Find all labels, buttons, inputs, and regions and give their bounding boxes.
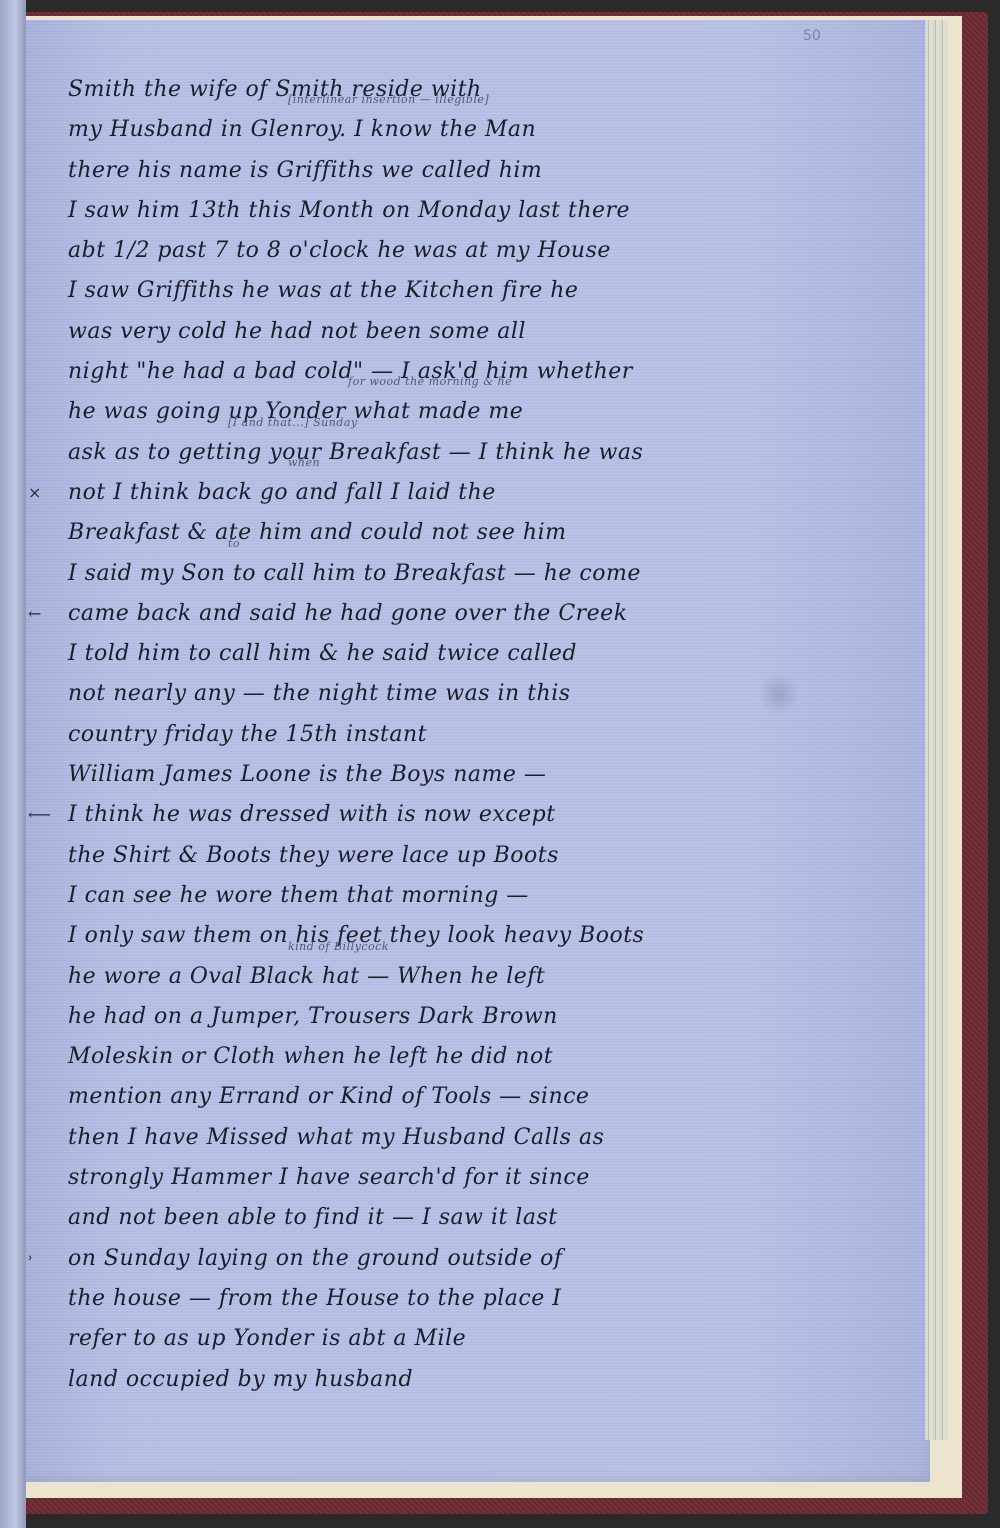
line-text: Moleskin or Cloth when he left he did no… (68, 1037, 553, 1077)
line-text: land occupied by my husband (68, 1360, 413, 1400)
line-text: mention any Errand or Kind of Tools — si… (68, 1077, 589, 1117)
line-text: I told him to call him & he said twice c… (68, 634, 577, 674)
line-text: not nearly any — the night time was in t… (68, 674, 571, 714)
line-text: he had on a Jumper, Trousers Dark Brown (68, 997, 558, 1037)
line-text: strongly Hammer I have search'd for it s… (68, 1158, 590, 1198)
manuscript-line: abt 1/2 past 7 to 8 o'clock he was at my… (28, 231, 928, 271)
manuscript-line: toI said my Son to call him to Breakfast… (28, 554, 928, 594)
line-text: came back and said he had gone over the … (68, 594, 628, 634)
facing-page-gutter (0, 0, 26, 1528)
manuscript-line: refer to as up Yonder is abt a Mile (28, 1319, 928, 1359)
margin-mark: × (28, 473, 42, 513)
manuscript-line: country friday the 15th instant (28, 715, 928, 755)
line-text: William James Loone is the Boys name — (68, 755, 546, 795)
manuscript-line: he had on a Jumper, Trousers Dark Brown (28, 997, 928, 1037)
line-text: I think he was dressed with is now excep… (68, 795, 556, 835)
manuscript-line: [interlinear insertion — illegible]my Hu… (28, 110, 928, 150)
manuscript-line: I told him to call him & he said twice c… (28, 634, 928, 674)
manuscript-line: for wood the morning & hehe was going up… (28, 392, 928, 432)
manuscript-line: strongly Hammer I have search'd for it s… (28, 1158, 928, 1198)
interlinear-insertion: [I and that...] Sunday (228, 416, 358, 430)
line-text: was very cold he had not been some all (68, 312, 526, 352)
manuscript-line: mention any Errand or Kind of Tools — si… (28, 1077, 928, 1117)
line-text: I saw Griffiths he was at the Kitchen fi… (68, 271, 578, 311)
line-text: on Sunday laying on the ground outside o… (68, 1239, 563, 1279)
line-text: my Husband in Glenroy. I know the Man (68, 110, 536, 150)
interlinear-insertion: for wood the morning & he (348, 375, 512, 389)
manuscript-line: William James Loone is the Boys name — (28, 755, 928, 795)
line-text: he wore a Oval Black hat — When he left (68, 957, 545, 997)
interlinear-insertion: to (228, 537, 240, 551)
margin-mark: ⟵ (28, 795, 51, 835)
manuscript-line: then I have Missed what my Husband Calls… (28, 1118, 928, 1158)
manuscript-line: [I and that...] Sundayask as to getting … (28, 433, 928, 473)
handwritten-text-block: Smith the wife of Smith reside with[inte… (28, 70, 928, 1400)
interlinear-insertion: [interlinear insertion — illegible] (288, 93, 489, 107)
manuscript-line: ˒on Sunday laying on the ground outside … (28, 1239, 928, 1279)
manuscript-line: ⟵I think he was dressed with is now exce… (28, 795, 928, 835)
line-text: then I have Missed what my Husband Calls… (68, 1118, 604, 1158)
line-text: I saw him 13th this Month on Monday last… (68, 191, 630, 231)
manuscript-line: I saw him 13th this Month on Monday last… (28, 191, 928, 231)
line-text: the Shirt & Boots they were lace up Boot… (68, 836, 559, 876)
page-number: 50 (803, 28, 821, 44)
manuscript-line: Breakfast & ate him and could not see hi… (28, 513, 928, 553)
manuscript-line: and not been able to find it — I saw it … (28, 1198, 928, 1238)
manuscript-line: Moleskin or Cloth when he left he did no… (28, 1037, 928, 1077)
manuscript-line: the Shirt & Boots they were lace up Boot… (28, 836, 928, 876)
line-text: abt 1/2 past 7 to 8 o'clock he was at my… (68, 231, 611, 271)
manuscript-line: I only saw them on his feet they look he… (28, 916, 928, 956)
line-text: not I think back go and fall I laid the (68, 473, 496, 513)
line-text: Breakfast & ate him and could not see hi… (68, 513, 566, 553)
line-text: the house — from the House to the place … (68, 1279, 561, 1319)
manuscript-line: kind of Billycockhe wore a Oval Black ha… (28, 957, 928, 997)
manuscript-line: ←came back and said he had gone over the… (28, 594, 928, 634)
manuscript-line: not nearly any — the night time was in t… (28, 674, 928, 714)
line-text: country friday the 15th instant (68, 715, 427, 755)
interlinear-insertion: when (288, 456, 320, 470)
manuscript-line: I can see he wore them that morning — (28, 876, 928, 916)
manuscript-line: was very cold he had not been some all (28, 312, 928, 352)
line-text: and not been able to find it — I saw it … (68, 1198, 558, 1238)
line-text: refer to as up Yonder is abt a Mile (68, 1319, 466, 1359)
interlinear-insertion: kind of Billycock (288, 940, 389, 954)
line-text: I said my Son to call him to Breakfast —… (68, 554, 641, 594)
line-text: I can see he wore them that morning — (68, 876, 529, 916)
margin-mark: ˒ (28, 1239, 33, 1279)
margin-mark: ← (28, 594, 42, 634)
manuscript-line: when×not I think back go and fall I laid… (28, 473, 928, 513)
manuscript-line: land occupied by my husband (28, 1360, 928, 1400)
page-edges (925, 20, 947, 1440)
line-text: there his name is Griffiths we called hi… (68, 151, 542, 191)
manuscript-line: I saw Griffiths he was at the Kitchen fi… (28, 271, 928, 311)
line-text: ask as to getting your Breakfast — I thi… (68, 433, 643, 473)
manuscript-line: the house — from the House to the place … (28, 1279, 928, 1319)
manuscript-line: there his name is Griffiths we called hi… (28, 151, 928, 191)
